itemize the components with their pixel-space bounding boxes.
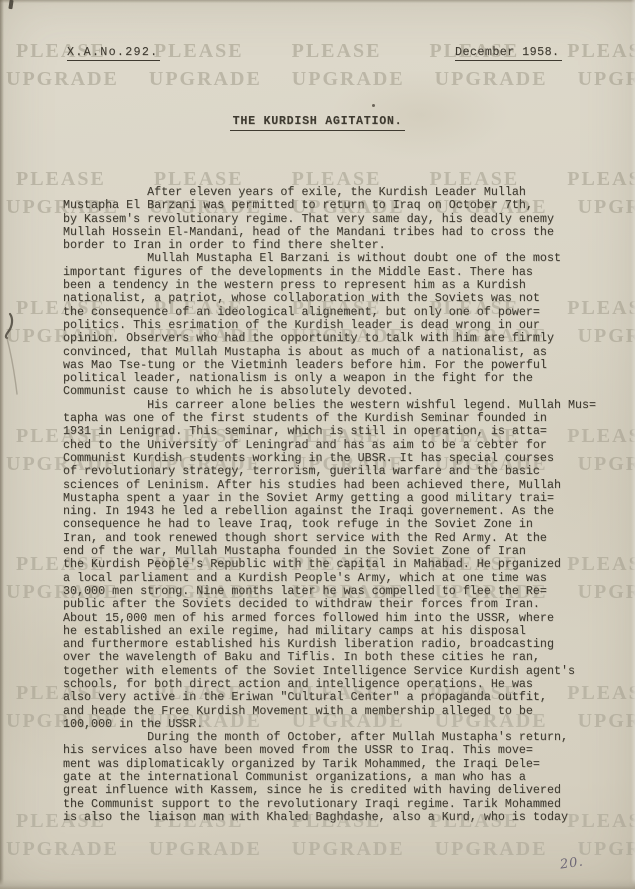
body-line: end of the war, Mullah Mustapha founded … [63,545,623,558]
body-line: the Communist support to the revolutiona… [63,798,623,811]
body-line: was Mao Tse-tung or the Vietminh leaders… [63,359,623,372]
body-line: political leader, nationalism is only a … [63,372,623,385]
watermark-word: UPGRADE [292,838,405,861]
document-body-text: After eleven years of exile, the Kurdish… [63,186,623,824]
watermark-word: UPGRADE [578,68,635,91]
body-line: is also the liaison man with Khaled Bagh… [63,811,623,824]
scan-edge-left [0,0,4,889]
watermark-word: UPGRADE [6,68,119,91]
page-title: THE KURDISH AGITATION. [230,114,406,131]
watermark-word: UPGRADE [6,838,119,861]
body-line: and furthermore established his Kurdish … [63,638,623,651]
body-line: been a tendency in the western press to … [63,279,623,292]
body-line: public after the Soviets decided to with… [63,598,623,611]
body-line: 1931 in Lenigrad. This seminar, which is… [63,425,623,438]
body-line: and heade the Free Kurdish Movement with… [63,705,623,718]
handwritten-page-number: 20. [559,854,585,872]
watermark-row: UPGRADEUPGRADEUPGRADEUPGRADEUPGRADE [6,838,635,861]
body-line: consequence he had to leave Iraq, took r… [63,518,623,531]
body-line: schools, for both direct action and inte… [63,678,623,691]
body-line: ched to the University of Leningrad and … [63,439,623,452]
document-date: December 1958. [455,45,562,61]
scan-edge-top [0,0,635,3]
body-line: ment was diplomaticakly organized by Tar… [63,758,623,771]
body-line: sciences of Leninism. After his studies … [63,479,623,492]
body-line: the consequence of an ideological aligne… [63,306,623,319]
body-line: his services also have been moved from t… [63,744,623,757]
body-line: gate at the international Communist orga… [63,771,623,784]
body-line: Communist Kurdish students working in th… [63,452,623,465]
body-line: During the month of October, after Mulla… [63,731,623,744]
watermark-word: PLEASE [567,40,635,63]
body-line: together with elements of the Soviet Int… [63,665,623,678]
body-line: 30,000 men strong. Nine months later he … [63,585,623,598]
body-line: by Kassem's revolutionary regime. That v… [63,213,623,226]
watermark-word: UPGRADE [149,838,262,861]
body-line: convinced, that Mullah Mustapha is about… [63,346,623,359]
body-line: also very active in the Eriwan "Cultural… [63,691,623,704]
body-line: Mustapha El Barzani was permitted to ret… [63,199,623,212]
body-line: tapha was one of the first students of t… [63,412,623,425]
body-line: Iran, and took renewed though short serv… [63,532,623,545]
body-line: After eleven years of exile, the Kurdish… [63,186,623,199]
ink-speck [372,104,375,107]
body-line: Mustapha spent a yaar in the Soviet Army… [63,492,623,505]
body-line: Mullah Hossein El-Mandani, head of the M… [63,226,623,239]
document-reference: X.A.No.292. [67,45,160,61]
ink-mark-top-left [8,0,13,9]
scan-edge-bottom [0,879,635,889]
body-line: over the wavelength of Baku and Tiflis. … [63,651,623,664]
title-row: THE KURDISH AGITATION. [0,111,635,131]
scan-edge-right [631,0,635,889]
body-line: politics. This esrimation of the Kurdish… [63,319,623,332]
body-line: important figures of the developments in… [63,266,623,279]
body-line: ning. In 1943 he led a rebellion against… [63,505,623,518]
watermark-word: PLEASE [292,40,382,63]
watermark-row: UPGRADEUPGRADEUPGRADEUPGRADEUPGRADE [6,68,635,91]
body-line: Communist cause to which he is absolutel… [63,385,623,398]
body-line: border to Iran in order to find there sh… [63,239,623,252]
body-line: of revolutionary strategy, terrorism, gu… [63,465,623,478]
watermark-word: PLEASE [154,40,244,63]
scanned-document-page: PLEASEPLEASEPLEASEPLEASEPLEASEUPGRADEUPG… [0,0,635,889]
body-line: he established an exile regime, had mili… [63,625,623,638]
body-line: 100,000 in the USSR. [63,718,623,731]
body-line: Mullah Mustapha El Barzani is without do… [63,252,623,265]
watermark-word: UPGRADE [578,838,635,861]
watermark-word: UPGRADE [149,68,262,91]
watermark-word: UPGRADE [435,838,548,861]
pencil-margin-mark [0,306,34,401]
body-line: About 15,000 men of his armed forces fol… [63,612,623,625]
body-line: opinion. Observers who had the opportuni… [63,332,623,345]
body-line: nationalist, a patriot, whose collaborat… [63,292,623,305]
body-line: His carreer alone belies the western wis… [63,399,623,412]
body-line: the Kurdish People's Republic with the c… [63,558,623,571]
body-line: great influence with Kassem, since he is… [63,784,623,797]
body-line: a local parliament and a Kurdish People'… [63,572,623,585]
